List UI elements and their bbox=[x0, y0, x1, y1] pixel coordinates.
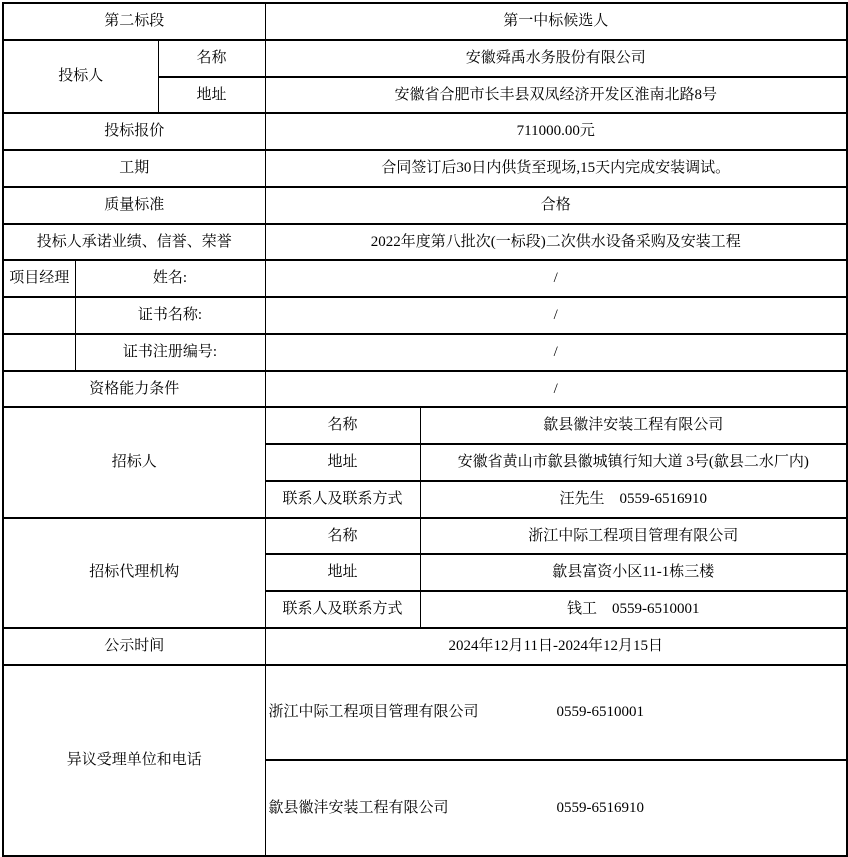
tenderee-contact-value-cell: 汪先生 0559-6516910 bbox=[420, 481, 847, 518]
publicity-label-cell: 公示时间 bbox=[3, 628, 265, 665]
objection-org: 歙县徽沣安装工程有限公司 bbox=[269, 799, 557, 818]
agency-name-value-cell: 浙江中际工程项目管理有限公司 bbox=[420, 518, 847, 555]
candidate-header-cell: 第一中标候选人 bbox=[265, 3, 847, 40]
tenderee-contact-label-cell: 联系人及联系方式 bbox=[265, 481, 420, 518]
tenderee-addr-label-cell: 地址 bbox=[265, 444, 420, 481]
table-row: 证书注册编号: / bbox=[3, 334, 847, 371]
qualification-value-cell: / bbox=[265, 371, 847, 408]
agency-contact-value-cell: 钱工 0559-6510001 bbox=[420, 591, 847, 628]
agency-addr-label-cell: 地址 bbox=[265, 554, 420, 591]
empty-cell bbox=[3, 334, 75, 371]
table-row: 质量标准 合格 bbox=[3, 187, 847, 224]
table-row: 工期 合同签订后30日内供货至现场,15天内完成安装调试。 bbox=[3, 150, 847, 187]
bidder-label-cell: 投标人 bbox=[3, 40, 158, 114]
pm-cert-no-label-cell: 证书注册编号: bbox=[75, 334, 265, 371]
tenderee-name-label-cell: 名称 bbox=[265, 407, 420, 444]
objection-row: 浙江中际工程项目管理有限公司 0559-6510001 bbox=[269, 703, 843, 722]
table-row: 资格能力条件 / bbox=[3, 371, 847, 408]
bidder-addr-label-cell: 地址 bbox=[158, 77, 265, 114]
table-row: 招标代理机构 名称 浙江中际工程项目管理有限公司 bbox=[3, 518, 847, 555]
objection-phone: 0559-6516910 bbox=[557, 799, 843, 818]
table-row: 第二标段 第一中标候选人 bbox=[3, 3, 847, 40]
table-row: 招标人 名称 歙县徽沣安装工程有限公司 bbox=[3, 407, 847, 444]
bidder-name-label-cell: 名称 bbox=[158, 40, 265, 77]
table-row: 投标人承诺业绩、信誉、荣誉 2022年度第八批次(一标段)二次供水设备采购及安装… bbox=[3, 224, 847, 261]
agency-label-cell: 招标代理机构 bbox=[3, 518, 265, 628]
duration-label-cell: 工期 bbox=[3, 150, 265, 187]
section-label-cell: 第二标段 bbox=[3, 3, 265, 40]
publicity-value-cell: 2024年12月11日-2024年12月15日 bbox=[265, 628, 847, 665]
objection-row-1-cell: 浙江中际工程项目管理有限公司 0559-6510001 bbox=[265, 665, 847, 761]
pm-name-label-cell: 姓名: bbox=[75, 260, 265, 297]
qualification-label-cell: 资格能力条件 bbox=[3, 371, 265, 408]
duration-value-cell: 合同签订后30日内供货至现场,15天内完成安装调试。 bbox=[265, 150, 847, 187]
table-row: 异议受理单位和电话 浙江中际工程项目管理有限公司 0559-6510001 bbox=[3, 665, 847, 761]
agency-addr-value-cell: 歙县富资小区11-1栋三楼 bbox=[420, 554, 847, 591]
pm-cert-no-value-cell: / bbox=[265, 334, 847, 371]
price-value-cell: 711000.00元 bbox=[265, 113, 847, 150]
price-label-cell: 投标报价 bbox=[3, 113, 265, 150]
objection-label-cell: 异议受理单位和电话 bbox=[3, 665, 265, 857]
bid-candidate-table: 第二标段 第一中标候选人 投标人 名称 安徽舜禹水务股份有限公司 地址 安徽省合… bbox=[2, 2, 848, 857]
table-row: 证书名称: / bbox=[3, 297, 847, 334]
objection-org: 浙江中际工程项目管理有限公司 bbox=[269, 703, 557, 722]
bidder-name-value-cell: 安徽舜禹水务股份有限公司 bbox=[265, 40, 847, 77]
tenderee-label-cell: 招标人 bbox=[3, 407, 265, 517]
tenderee-name-value-cell: 歙县徽沣安装工程有限公司 bbox=[420, 407, 847, 444]
quality-value-cell: 合格 bbox=[265, 187, 847, 224]
objection-row: 歙县徽沣安装工程有限公司 0559-6516910 bbox=[269, 799, 843, 818]
empty-cell bbox=[3, 297, 75, 334]
table-row: 投标报价 711000.00元 bbox=[3, 113, 847, 150]
tenderee-addr-value-cell: 安徽省黄山市歙县徽城镇行知大道 3号(歙县二水厂内) bbox=[420, 444, 847, 481]
performance-value-cell: 2022年度第八批次(一标段)二次供水设备采购及安装工程 bbox=[265, 224, 847, 261]
agency-contact-label-cell: 联系人及联系方式 bbox=[265, 591, 420, 628]
bidder-addr-value-cell: 安徽省合肥市长丰县双凤经济开发区淮南北路8号 bbox=[265, 77, 847, 114]
performance-label-cell: 投标人承诺业绩、信誉、荣誉 bbox=[3, 224, 265, 261]
project-manager-label-cell: 项目经理 bbox=[3, 260, 75, 297]
pm-cert-name-label-cell: 证书名称: bbox=[75, 297, 265, 334]
table-row: 投标人 名称 安徽舜禹水务股份有限公司 bbox=[3, 40, 847, 77]
table-row: 公示时间 2024年12月11日-2024年12月15日 bbox=[3, 628, 847, 665]
pm-cert-name-value-cell: / bbox=[265, 297, 847, 334]
quality-label-cell: 质量标准 bbox=[3, 187, 265, 224]
objection-phone: 0559-6510001 bbox=[557, 703, 843, 722]
pm-name-value-cell: / bbox=[265, 260, 847, 297]
table-row: 项目经理 姓名: / bbox=[3, 260, 847, 297]
agency-name-label-cell: 名称 bbox=[265, 518, 420, 555]
objection-row-2-cell: 歙县徽沣安装工程有限公司 0559-6516910 bbox=[265, 760, 847, 856]
